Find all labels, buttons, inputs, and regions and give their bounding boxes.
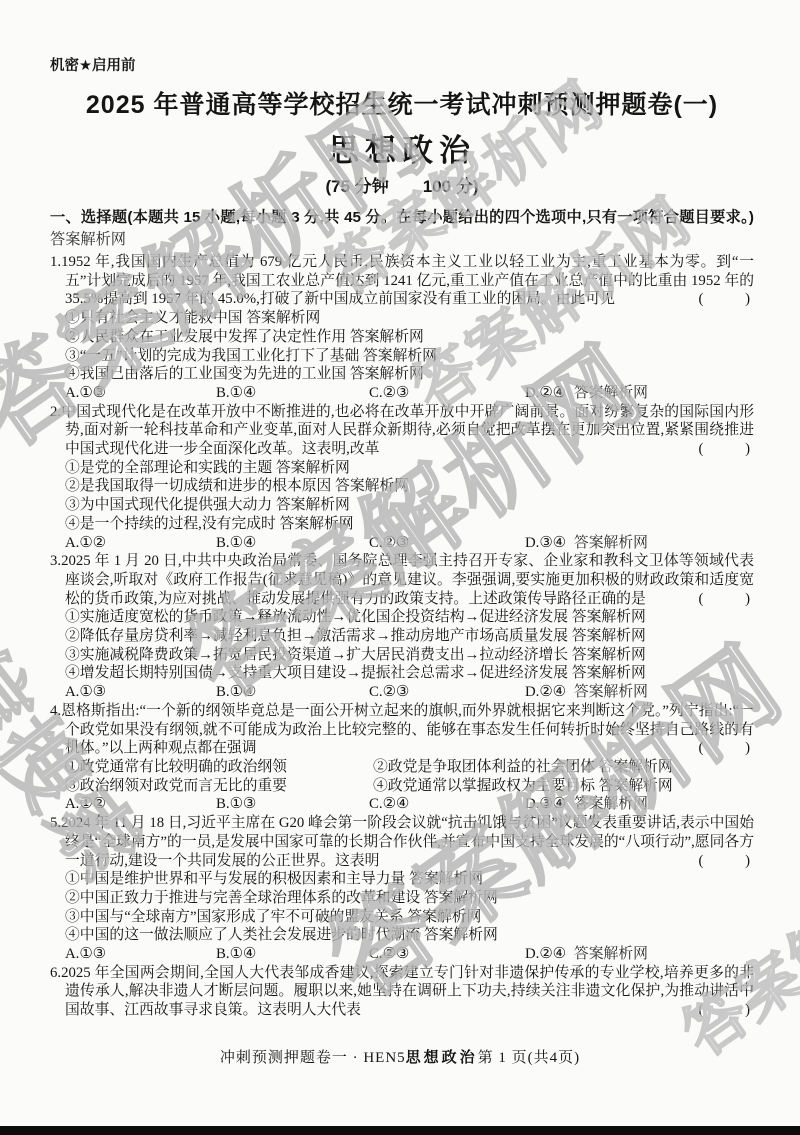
choice-d: D.②④ <box>525 683 566 702</box>
choice-row-suffix: 答案解析网 <box>574 795 648 814</box>
choice-a: A.①② <box>65 795 216 814</box>
security-notice: 机密★启用前 <box>50 54 754 75</box>
choice-c: C.②③ <box>369 683 525 702</box>
choice-row-suffix: 答案解析网 <box>574 534 648 553</box>
question-stem: 5.2024 年 11 月 18 日,习近平主席在 G20 峰会第一阶段会议就“… <box>50 814 754 870</box>
question-text: 恩格斯指出:“一个新的纲领毕竟总是一面公开树立起来的旗帜,而外界就根据它来判断这… <box>61 703 754 756</box>
answer-bracket: ( ) <box>699 739 754 758</box>
option-item-1: ①是党的全部理论和实践的主题 答案解析网 <box>65 459 754 478</box>
question-stem: 6.2025 年全国两会期间,全国人大代表邹成香建议,探索建立专门针对非遗保护传… <box>50 964 754 1020</box>
choice-b: B.①④ <box>216 945 369 964</box>
option-item-3: ③“一五”计划的完成为我国工业化打下了基础 答案解析网 <box>65 347 754 366</box>
question-4: 4.恩格斯指出:“一个新的纲领毕竟总是一面公开树立起来的旗帜,而外界就根据它来判… <box>50 702 754 814</box>
footer-paper-name: 冲刺预测押题卷一 · HEN5 <box>220 1050 406 1066</box>
choice-c: C.②③ <box>369 534 525 553</box>
exam-subject: 思想政治 <box>50 125 754 170</box>
exam-paper-page: 答案解析网 答案解析网 答案解析网 答案解析网 答案解析网 答案解析网 微信搜索… <box>0 0 800 1135</box>
choice-b: B.①③ <box>216 795 369 814</box>
question-text: 2024 年 11 月 18 日,习近平主席在 G20 峰会第一阶段会议就“抗击… <box>61 815 754 868</box>
answer-bracket: ( ) <box>699 290 754 309</box>
choice-a: A.①② <box>65 534 216 553</box>
section-instructions-text: 一、选择题(本题共 15 小题,每小题 3 分,共 45 分。在每小题给出的四个… <box>50 209 754 226</box>
section-instructions: 一、选择题(本题共 15 小题,每小题 3 分,共 45 分。在每小题给出的四个… <box>50 207 754 251</box>
option-item-3: ③政治纲领对政党而言无比的重要 <box>65 777 373 796</box>
choice-d: D.③④ <box>525 795 566 814</box>
page-footer: 冲刺预测押题卷一 · HEN5思想政治第 1 页(共4页) <box>0 1046 800 1067</box>
choice-b: B.①④ <box>216 683 369 702</box>
option-item-1: ①政党通常有比较明确的政治纲领 <box>65 758 373 777</box>
option-item-2: ②人民群众在工业发展中发挥了决定性作用 答案解析网 <box>65 328 754 347</box>
option-items: ①只有社会主义才能救中国 答案解析网 ②人民群众在工业发展中发挥了决定性作用 答… <box>50 309 754 384</box>
option-item-2: ②政党是争取团体利益的社会团体 答案解析网 <box>373 758 754 777</box>
choice-d: D.②④ <box>525 945 566 964</box>
choice-c: C.②④ <box>369 795 525 814</box>
question-1: 1.1952 年,我国国内生产总值为 679 亿元人民币,民族资本主义工业以轻工… <box>50 253 754 403</box>
choice-d: D.②④ <box>525 384 566 403</box>
answer-bracket: ( ) <box>699 590 754 609</box>
option-item-1: ①实施适度宽松的货币政策→释放流动性→优化国企投资结构→促进经济发展 答案解析网 <box>65 608 754 627</box>
question-2: 2.中国式现代化是在改革开放中不断推进的,也必将在改革开放中开辟广阔前景。面对纷… <box>50 403 754 553</box>
option-item-1: ①中国是维护世界和平与发展的积极因素和主导力量 答案解析网 <box>65 870 754 889</box>
option-item-3: ③实施减税降费政策→拓宽居民投资渠道→扩大居民消费支出→拉动经济增长 答案解析网 <box>65 646 754 665</box>
option-item-4: ④中国的这一做法顺应了人类社会发展进步的时代潮流 答案解析网 <box>65 926 754 945</box>
section-instructions-suffix: 答案解析网 <box>50 231 126 248</box>
answer-bracket: ( ) <box>699 1001 754 1020</box>
question-number: 6. <box>50 965 61 981</box>
question-stem: 1.1952 年,我国国内生产总值为 679 亿元人民币,民族资本主义工业以轻工… <box>50 253 754 309</box>
choice-row: A.①③ B.①④ C.②③ D.②④ 答案解析网 <box>50 945 754 964</box>
choice-c: C.②③ <box>369 945 525 964</box>
option-items: ①政党通常有比较明确的政治纲领 ②政党是争取团体利益的社会团体 答案解析网 ③政… <box>50 758 754 795</box>
choice-row-suffix: 答案解析网 <box>574 384 648 403</box>
duration-score: (75 分钟 100 分) <box>50 172 754 197</box>
choice-a: A.①③ <box>65 683 216 702</box>
option-item-2: ②是我国取得一切成绩和进步的根本原因 答案解析网 <box>65 477 754 496</box>
question-3: 3.2025 年 1 月 20 日,中共中央政治局常委、国务院总理李强主持召开专… <box>50 552 754 702</box>
question-text: 中国式现代化是在改革开放中不断推进的,也必将在改革开放中开辟广阔前景。面对纷繁复… <box>61 404 754 457</box>
footer-subject: 思想政治 <box>406 1050 478 1066</box>
question-number: 5. <box>50 815 61 831</box>
option-item-4: ④政党通常以掌握政权为主要目标 答案解析网 <box>373 777 754 796</box>
question-number: 4. <box>50 703 61 719</box>
option-item-3: ③为中国式现代化提供强大动力 答案解析网 <box>65 496 754 515</box>
question-5: 5.2024 年 11 月 18 日,习近平主席在 G20 峰会第一阶段会议就“… <box>50 814 754 964</box>
footer-page-number: 第 1 页(共4页) <box>478 1050 581 1066</box>
choice-row-suffix: 答案解析网 <box>574 683 648 702</box>
choice-a: A.①③ <box>65 384 216 403</box>
choice-b: B.①④ <box>216 384 369 403</box>
answer-bracket: ( ) <box>699 852 754 871</box>
option-item-4: ④我国已由落后的工业国变为先进的工业国 答案解析网 <box>65 365 754 384</box>
option-item-2: ②降低存量房贷利率→减轻利息负担→激活需求→推动房地产市场高质量发展 答案解析网 <box>65 627 754 646</box>
choice-c: C.②③ <box>369 384 525 403</box>
page-content: 机密★启用前 2025 年普通高等学校招生统一考试冲刺预测押题卷(一) 思想政治… <box>0 0 800 1020</box>
question-number: 3. <box>50 553 61 569</box>
choice-b: B.①④ <box>216 534 369 553</box>
option-item-3: ③中国与“全球南方”国家形成了牢不可破的盟友关系 答案解析网 <box>65 908 754 927</box>
option-item-2: ②中国正致力于推进与完善全球治理体系的改革和建设 答案解析网 <box>65 889 754 908</box>
question-stem: 3.2025 年 1 月 20 日,中共中央政治局常委、国务院总理李强主持召开专… <box>50 552 754 608</box>
exam-title: 2025 年普通高等学校招生统一考试冲刺预测押题卷(一) <box>50 85 754 121</box>
choice-row: A.①③ B.①④ C.②③ D.②④ 答案解析网 <box>50 683 754 702</box>
question-number: 1. <box>50 254 61 270</box>
choice-row: A.①② B.①④ C.②③ D.③④ 答案解析网 <box>50 534 754 553</box>
question-stem: 4.恩格斯指出:“一个新的纲领毕竟总是一面公开树立起来的旗帜,而外界就根据它来判… <box>50 702 754 758</box>
choice-d: D.③④ <box>525 534 566 553</box>
question-text: 1952 年,我国国内生产总值为 679 亿元人民币,民族资本主义工业以轻工业为… <box>61 254 754 307</box>
scan-edge-bar <box>0 1126 800 1135</box>
option-item-4: ④是一个持续的过程,没有完成时 答案解析网 <box>65 515 754 534</box>
question-text: 2025 年 1 月 20 日,中共中央政治局常委、国务院总理李强主持召开专家、… <box>61 553 754 606</box>
question-number: 2. <box>50 404 61 420</box>
option-item-4: ④增发超长期特别国债→支持重大项目建设→提振社会总需求→促进经济发展 答案解析网 <box>65 664 754 683</box>
choice-row: A.①② B.①③ C.②④ D.③④ 答案解析网 <box>50 795 754 814</box>
choice-a: A.①③ <box>65 945 216 964</box>
option-items: ①是党的全部理论和实践的主题 答案解析网 ②是我国取得一切成绩和进步的根本原因 … <box>50 459 754 534</box>
question-stem: 2.中国式现代化是在改革开放中不断推进的,也必将在改革开放中开辟广阔前景。面对纷… <box>50 403 754 459</box>
question-6: 6.2025 年全国两会期间,全国人大代表邹成香建议,探索建立专门针对非遗保护传… <box>50 964 754 1020</box>
choice-row: A.①③ B.①④ C.②③ D.②④ 答案解析网 <box>50 384 754 403</box>
option-items: ①中国是维护世界和平与发展的积极因素和主导力量 答案解析网 ②中国正致力于推进与… <box>50 870 754 945</box>
option-item-1: ①只有社会主义才能救中国 答案解析网 <box>65 309 754 328</box>
choice-row-suffix: 答案解析网 <box>574 945 648 964</box>
question-text: 2025 年全国两会期间,全国人大代表邹成香建议,探索建立专门针对非遗保护传承的… <box>61 965 754 1018</box>
option-items: ①实施适度宽松的货币政策→释放流动性→优化国企投资结构→促进经济发展 答案解析网… <box>50 608 754 683</box>
answer-bracket: ( ) <box>699 440 754 459</box>
